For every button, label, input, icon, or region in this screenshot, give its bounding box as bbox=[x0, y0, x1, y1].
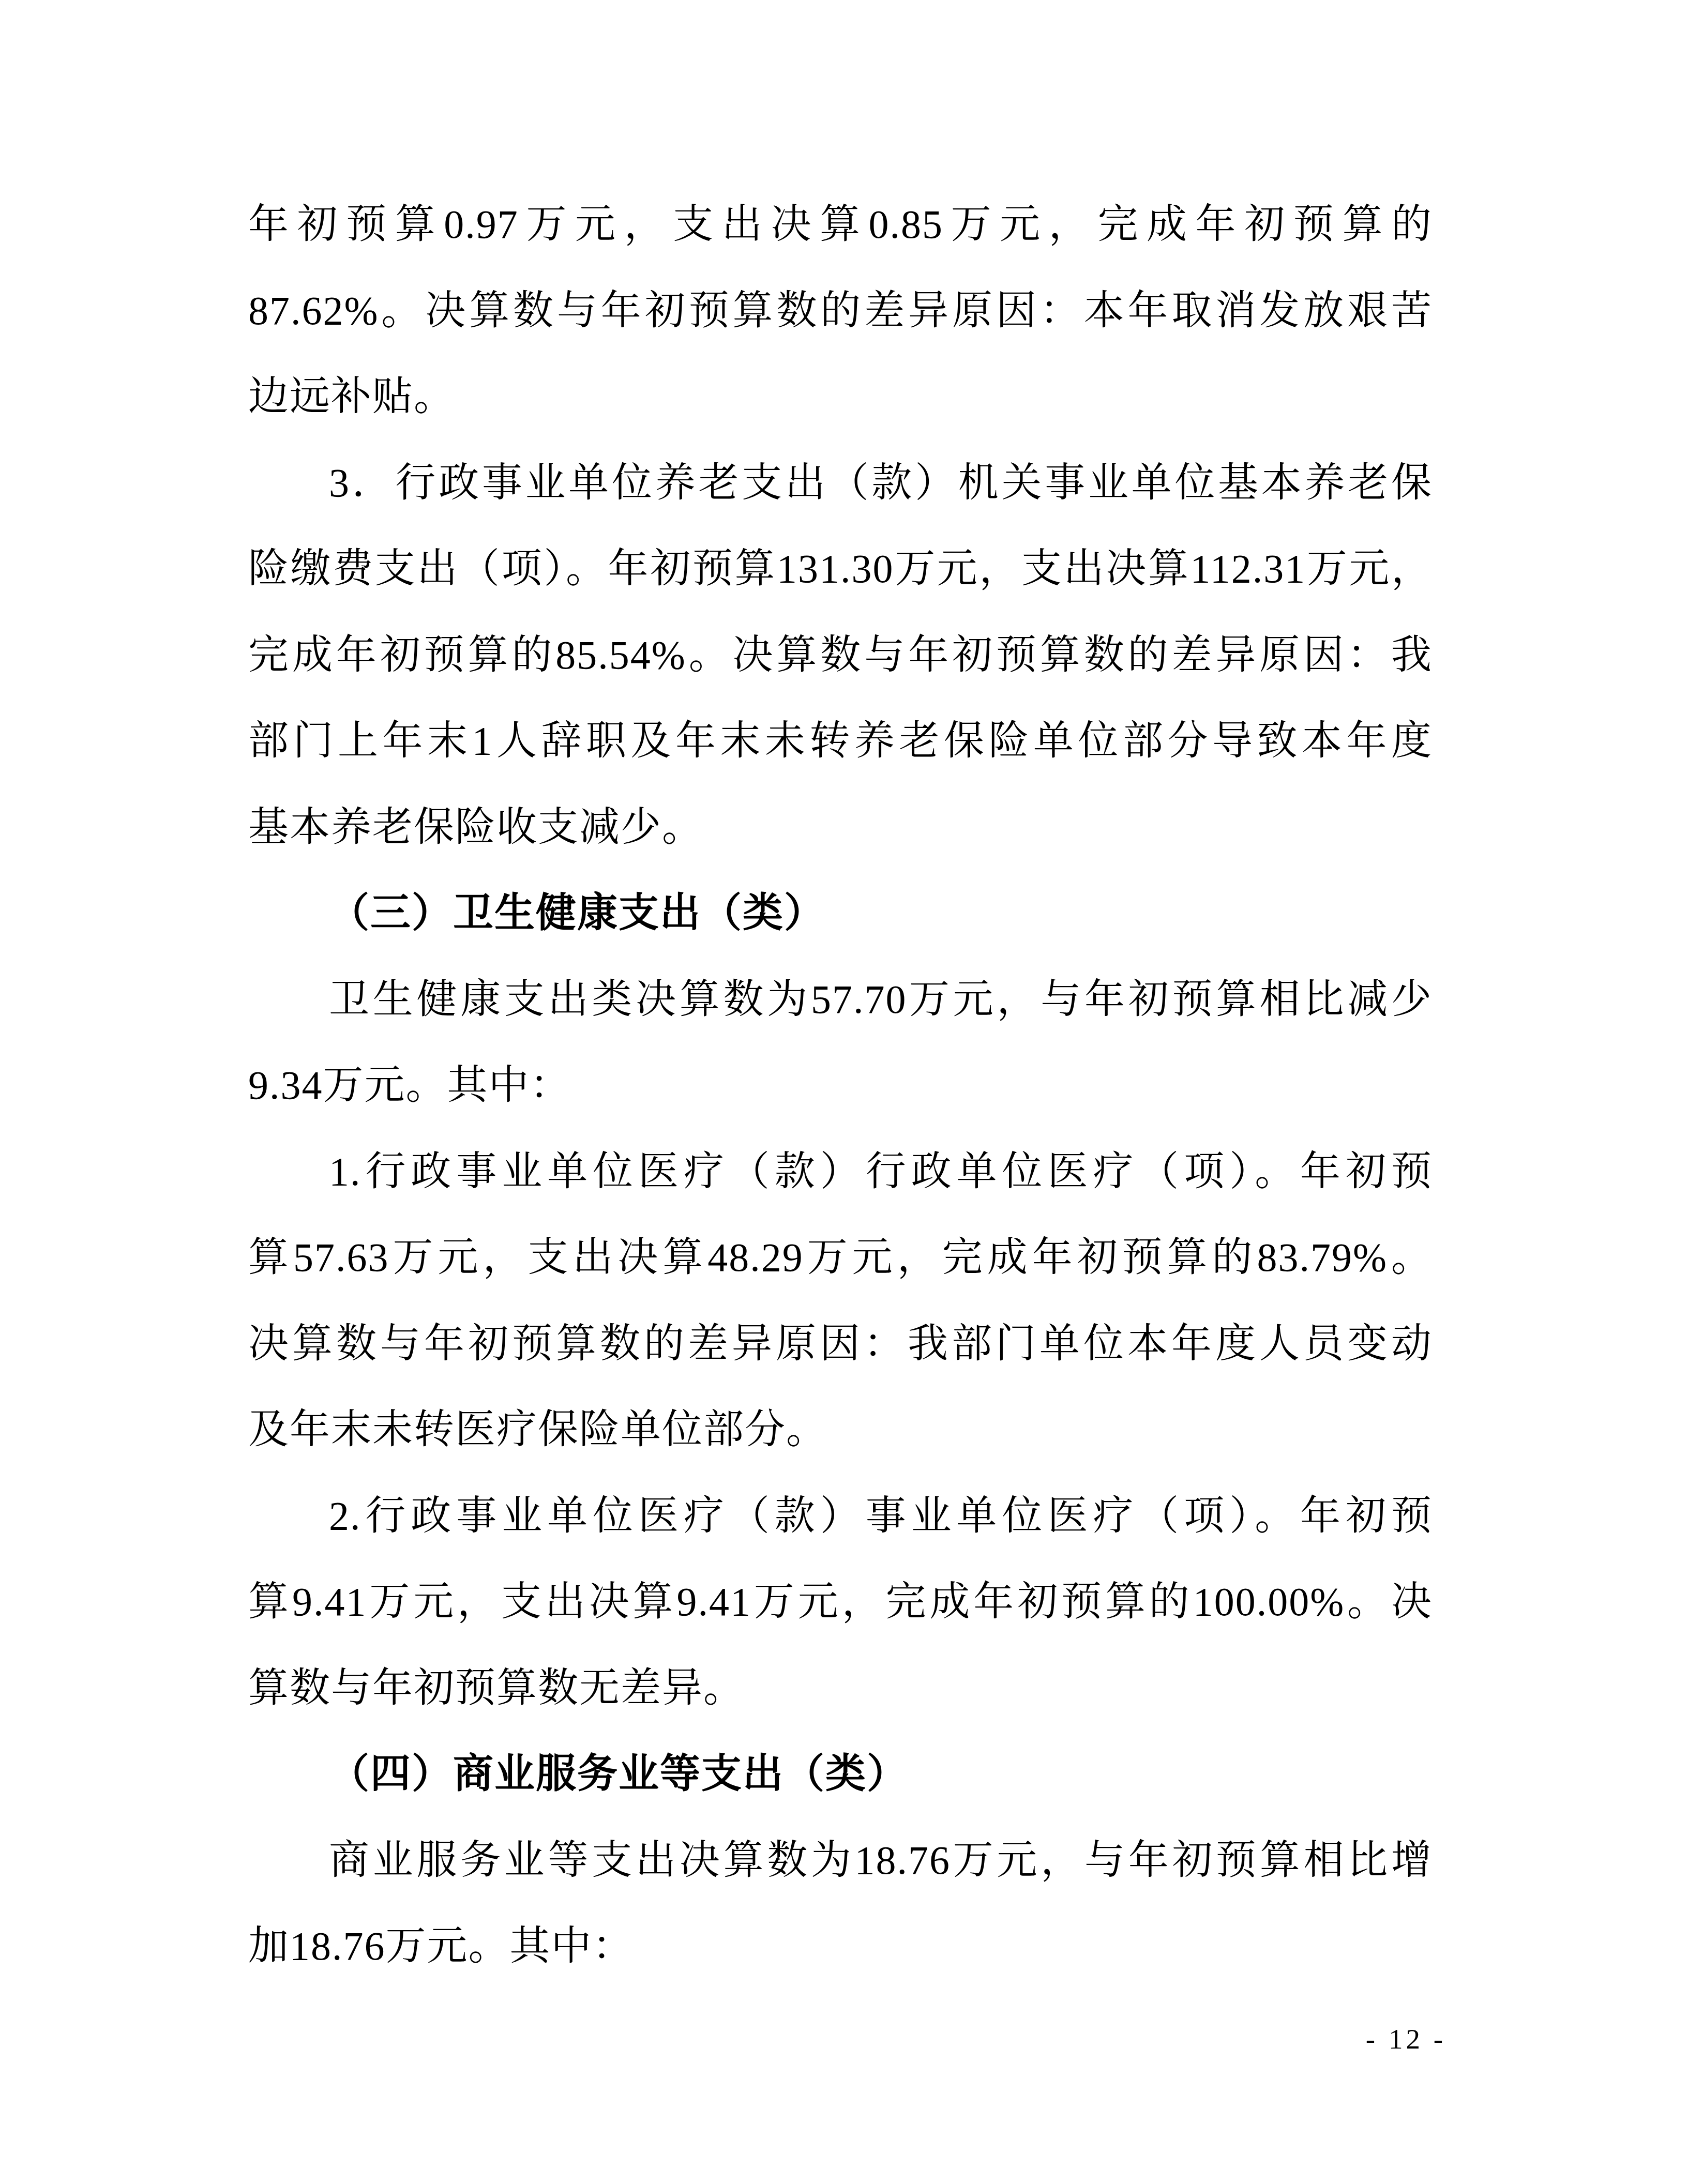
text-line: 完成年初预算的85.54%。决算数与年初预算数的差异原因：我 bbox=[248, 612, 1433, 699]
text-line: 加18.76万元。其中： bbox=[248, 1903, 1433, 1990]
section-heading: （四）商业服务业等支出（类） bbox=[248, 1731, 1433, 1817]
text-line: 部门上年末1人辞职及年末未转养老保险单位部分导致本年度 bbox=[248, 698, 1433, 784]
text-line: 算57.63万元，支出决算48.29万元，完成年初预算的83.79%。 bbox=[248, 1215, 1433, 1301]
text-line: 9.34万元。其中： bbox=[248, 1042, 1433, 1129]
document-page-body: 年初预算0.97万元，支出决算0.85万元，完成年初预算的 87.62%。决算数… bbox=[248, 181, 1433, 1990]
text-line: 边远补贴。 bbox=[248, 354, 1433, 440]
text-line: 商业服务业等支出决算数为18.76万元，与年初预算相比增 bbox=[248, 1817, 1433, 1904]
text-line: 87.62%。决算数与年初预算数的差异原因：本年取消发放艰苦 bbox=[248, 268, 1433, 354]
text-line: 3．行政事业单位养老支出（款）机关事业单位基本养老保 bbox=[248, 440, 1433, 526]
text-line: 及年末未转医疗保险单位部分。 bbox=[248, 1387, 1433, 1473]
text-line: 2.行政事业单位医疗（款）事业单位医疗（项）。年初预 bbox=[248, 1473, 1433, 1559]
text-line: 决算数与年初预算数的差异原因：我部门单位本年度人员变动 bbox=[248, 1301, 1433, 1387]
text-line: 险缴费支出（项）。年初预算131.30万元，支出决算112.31万元， bbox=[248, 526, 1433, 612]
text-line: 算数与年初预算数无差异。 bbox=[248, 1645, 1433, 1732]
page-number: - 12 - bbox=[1366, 2023, 1446, 2055]
text-line: 基本养老保险收支减少。 bbox=[248, 784, 1433, 871]
text-line: 年初预算0.97万元，支出决算0.85万元，完成年初预算的 bbox=[248, 181, 1433, 268]
text-line: 算9.41万元，支出决算9.41万元，完成年初预算的100.00%。决 bbox=[248, 1559, 1433, 1645]
section-heading: （三）卫生健康支出（类） bbox=[248, 870, 1433, 957]
text-line: 卫生健康支出类决算数为57.70万元，与年初预算相比减少 bbox=[248, 957, 1433, 1043]
text-line: 1.行政事业单位医疗（款）行政单位医疗（项）。年初预 bbox=[248, 1129, 1433, 1215]
